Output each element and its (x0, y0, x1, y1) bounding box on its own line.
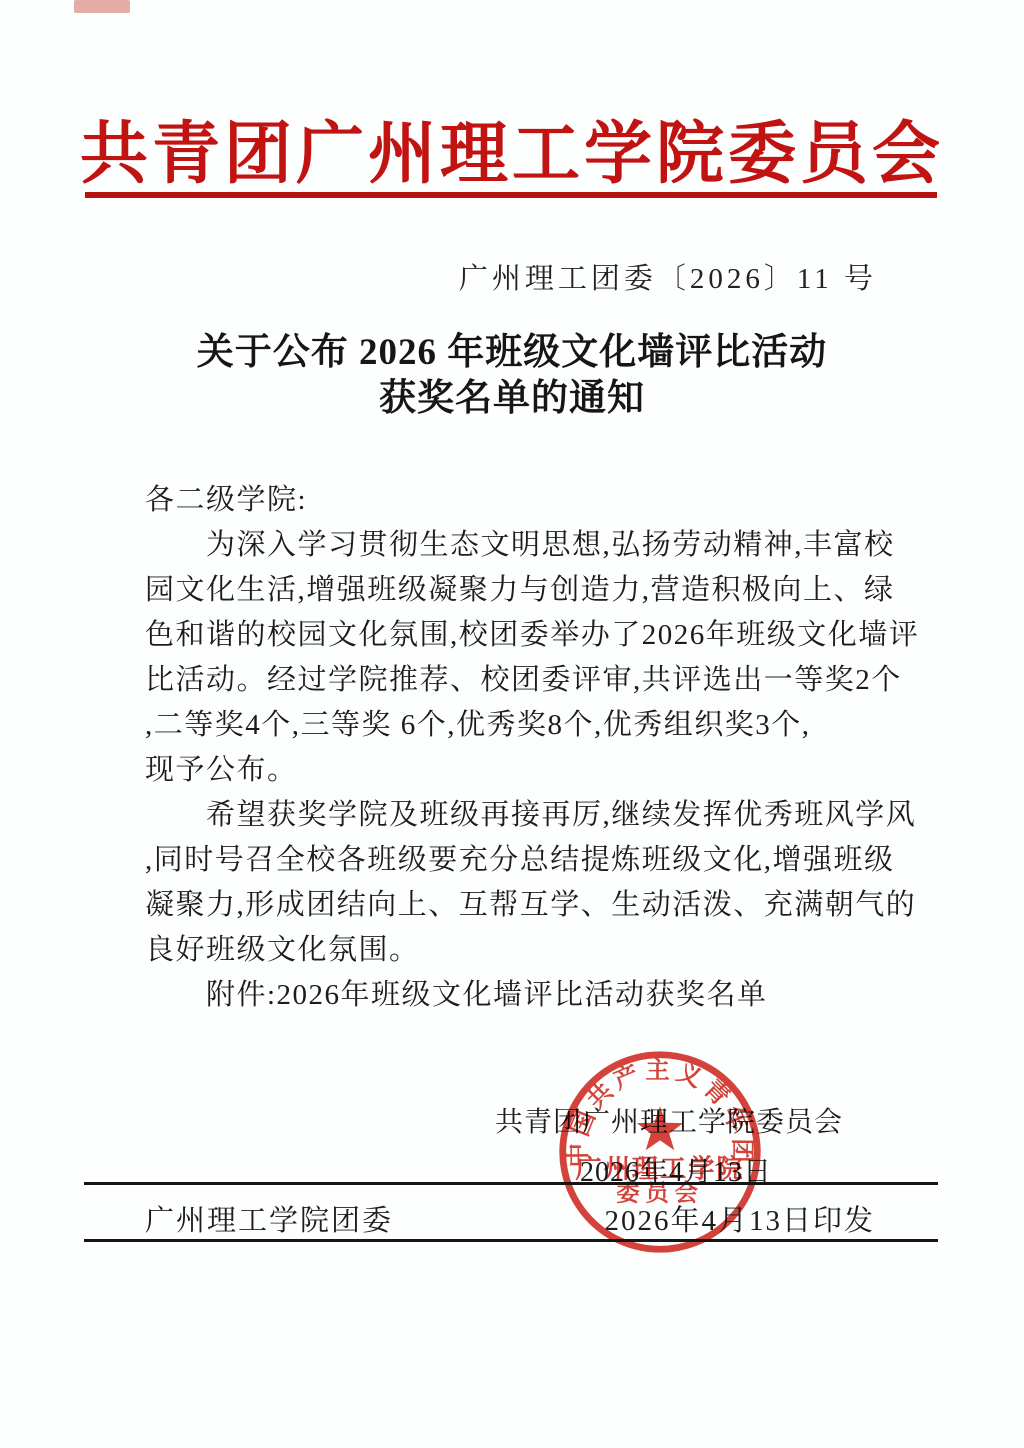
footer-rule-top (84, 1182, 938, 1185)
footer-print-date: 2026年4月13日印发 (604, 1198, 875, 1239)
body-line: 为深入学习贯彻生态文明思想,弘扬劳动精神,丰富校 (145, 523, 885, 568)
body-line: 色和谐的校园文化氛围,校团委举办了2026年班级文化墙评 (145, 613, 885, 658)
document-page: 共青团广州理工学院委员会 广州理工团委〔2026〕11 号 关于公布 2026 … (0, 0, 1024, 1448)
red-header-rule (85, 192, 937, 198)
body-line: 现予公布。 (145, 748, 885, 793)
document-body: 各二级学院: 为深入学习贯彻生态文明思想,弘扬劳动精神,丰富校 园文化生活,增强… (145, 478, 885, 1018)
document-title-line2: 获奖名单的通知 (0, 376, 1024, 422)
document-title: 关于公布 2026 年班级文化墙评比活动 获奖名单的通知 (0, 330, 1024, 422)
body-salutation: 各二级学院: (145, 478, 885, 523)
body-line: ,二等奖4个,三等奖 6个,优秀奖8个,优秀组织奖3个, (145, 703, 885, 748)
seal-org-line1: 广州理工学院 (575, 1154, 744, 1183)
body-line: ,同时号召全校各班级要充分总结提炼班级文化,增强班级 (145, 838, 885, 883)
footer-rule-bottom (84, 1239, 938, 1242)
red-header-org-title: 共青团广州理工学院委员会 (0, 100, 1024, 197)
document-title-line1: 关于公布 2026 年班级文化墙评比活动 (0, 330, 1024, 376)
body-line: 良好班级文化氛围。 (145, 928, 885, 973)
body-line: 园文化生活,增强班级凝聚力与创造力,营造积极向上、绿 (145, 568, 885, 613)
footer-issuing-org: 广州理工学院团委 (145, 1198, 393, 1239)
body-line: 比活动。经过学院推荐、校团委评审,共评选出一等奖2个 (145, 658, 885, 703)
scan-artifact (74, 0, 130, 13)
seal-star-icon (637, 1106, 683, 1150)
body-line: 凝聚力,形成团结向上、互帮互学、生动活泼、充满朝气的 (145, 883, 885, 928)
document-number: 广州理工团委〔2026〕11 号 (459, 256, 877, 297)
attachment-line: 附件:2026年班级文化墙评比活动获奖名单 (145, 973, 885, 1018)
body-line: 希望获奖学院及班级再接再厉,继续发挥优秀班风学风 (145, 793, 885, 838)
